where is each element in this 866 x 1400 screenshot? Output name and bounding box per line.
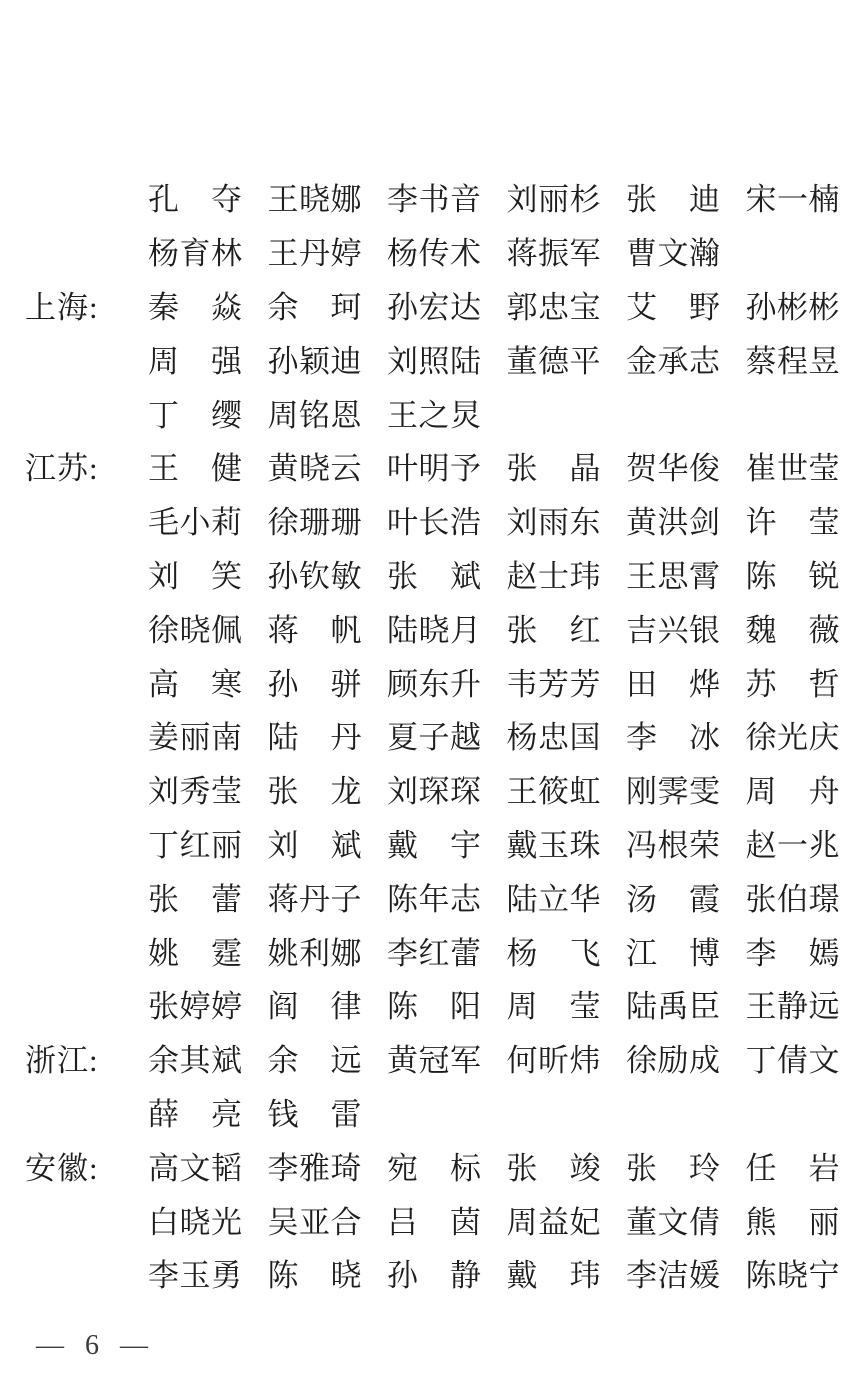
person-name: 戴宇 bbox=[387, 820, 481, 865]
person-name: 刘雨东 bbox=[507, 497, 601, 542]
person-name: 姚霆 bbox=[148, 928, 242, 973]
roster-row: 刘笑孙钦敏张斌赵士玮王思霄陈锐 bbox=[0, 547, 866, 601]
person-name: 孙骈 bbox=[268, 659, 362, 704]
person-name: 丁红丽 bbox=[148, 820, 242, 865]
person-name: 张玲 bbox=[626, 1143, 720, 1188]
person-name: 李嫣 bbox=[746, 928, 840, 973]
person-name: 王静远 bbox=[746, 981, 840, 1026]
person-name: 任岩 bbox=[746, 1143, 840, 1188]
province-label: 浙江: bbox=[0, 1035, 148, 1080]
person-name: 夏子越 bbox=[387, 712, 481, 757]
person-name: 秦焱 bbox=[148, 282, 242, 327]
province-label: 上海: bbox=[0, 282, 148, 327]
page-number: — 6 — bbox=[36, 1330, 155, 1362]
person-name: 赵士玮 bbox=[507, 551, 601, 596]
person-name: 孙钦敏 bbox=[268, 551, 362, 596]
roster-row: 李玉勇陈晓孙静戴玮李洁媛陈晓宁 bbox=[0, 1246, 866, 1300]
person-name: 陈锐 bbox=[746, 551, 840, 596]
person-name: 艾野 bbox=[626, 282, 720, 327]
person-name: 李冰 bbox=[626, 712, 720, 757]
person-name: 钱雷 bbox=[268, 1089, 362, 1134]
roster-row: 毛小莉徐珊珊叶长浩刘雨东黄洪剑许莹 bbox=[0, 493, 866, 547]
roster-row: 白晓光吴亚合吕茵周益妃董文倩熊丽 bbox=[0, 1192, 866, 1246]
person-name: 周莹 bbox=[507, 981, 601, 1026]
person-name: 黄晓云 bbox=[268, 443, 362, 488]
person-name: 吉兴银 bbox=[626, 605, 720, 650]
person-name: 姜丽南 bbox=[148, 712, 242, 757]
person-name: 崔世莹 bbox=[746, 443, 840, 488]
person-name: 高寒 bbox=[148, 659, 242, 704]
roster-row: 江苏:王健黄晓云叶明予张晶贺华俊崔世莹 bbox=[0, 439, 866, 493]
province-label: 江苏: bbox=[0, 443, 148, 488]
person-name: 董文倩 bbox=[626, 1197, 720, 1242]
person-name: 刘照陆 bbox=[387, 336, 481, 381]
roster-row: 刘秀莹张龙刘琛琛王筱虹刚霁雯周舟 bbox=[0, 762, 866, 816]
person-name: 汤霞 bbox=[626, 874, 720, 919]
person-name: 蒋帆 bbox=[268, 605, 362, 650]
roster-row: 姜丽南陆丹夏子越杨忠国李冰徐光庆 bbox=[0, 708, 866, 762]
person-name: 黄冠军 bbox=[387, 1035, 481, 1080]
person-name: 张红 bbox=[507, 605, 601, 650]
person-name: 陈晓 bbox=[268, 1250, 362, 1295]
person-name: 余远 bbox=[268, 1035, 362, 1080]
person-name: 刘笑 bbox=[148, 551, 242, 596]
person-name: 李红蕾 bbox=[387, 928, 481, 973]
person-name: 吴亚合 bbox=[268, 1197, 362, 1242]
person-name: 周舟 bbox=[746, 766, 840, 811]
person-name: 孙静 bbox=[387, 1250, 481, 1295]
person-name: 张晶 bbox=[507, 443, 601, 488]
person-name: 蔡程昱 bbox=[746, 336, 840, 381]
person-name: 顾东升 bbox=[387, 659, 481, 704]
person-name: 陈年志 bbox=[387, 874, 481, 919]
name-roster: 孔夺王晓娜李书音刘丽杉张迪宋一楠杨育林王丹婷杨传术蒋振军曹文瀚上海:秦焱余珂孙宏… bbox=[0, 170, 866, 1300]
roster-row: 丁缨周铭恩王之炅 bbox=[0, 385, 866, 439]
person-name: 张蕾 bbox=[148, 874, 242, 919]
person-name: 白晓光 bbox=[148, 1197, 242, 1242]
person-name: 王思霄 bbox=[626, 551, 720, 596]
person-name: 魏薇 bbox=[746, 605, 840, 650]
person-name: 陈阳 bbox=[387, 981, 481, 1026]
person-name: 宋一楠 bbox=[746, 174, 840, 219]
person-name: 刘斌 bbox=[268, 820, 362, 865]
person-name: 丁倩文 bbox=[746, 1035, 840, 1080]
person-name: 张龙 bbox=[268, 766, 362, 811]
roster-row: 周强孙颖迪刘照陆董德平金承志蔡程昱 bbox=[0, 331, 866, 385]
person-name: 陆晓月 bbox=[387, 605, 481, 650]
person-name: 蒋丹子 bbox=[268, 874, 362, 919]
person-name: 阎律 bbox=[268, 981, 362, 1026]
person-name: 张伯璟 bbox=[746, 874, 840, 919]
person-name: 姚利娜 bbox=[268, 928, 362, 973]
person-name: 李雅琦 bbox=[268, 1143, 362, 1188]
person-name: 张婷婷 bbox=[148, 981, 242, 1026]
person-name: 王健 bbox=[148, 443, 242, 488]
person-name: 孙颖迪 bbox=[268, 336, 362, 381]
roster-row: 张蕾蒋丹子陈年志陆立华汤霞张伯璟 bbox=[0, 869, 866, 923]
person-name: 丁缨 bbox=[148, 390, 242, 435]
roster-row: 薛亮钱雷 bbox=[0, 1085, 866, 1139]
person-name: 徐珊珊 bbox=[268, 497, 362, 542]
person-name: 孙宏达 bbox=[387, 282, 481, 327]
person-name: 董德平 bbox=[507, 336, 601, 381]
roster-row: 安徽:高文韬李雅琦宛标张竣张玲任岩 bbox=[0, 1138, 866, 1192]
person-name: 赵一兆 bbox=[746, 820, 840, 865]
person-name: 刚霁雯 bbox=[626, 766, 720, 811]
person-name: 田烨 bbox=[626, 659, 720, 704]
person-name: 冯根荣 bbox=[626, 820, 720, 865]
person-name: 陆禹臣 bbox=[626, 981, 720, 1026]
person-name: 高文韬 bbox=[148, 1143, 242, 1188]
roster-row: 上海:秦焱余珂孙宏达郭忠宝艾野孙彬彬 bbox=[0, 278, 866, 332]
person-name: 杨飞 bbox=[507, 928, 601, 973]
document-page: 孔夺王晓娜李书音刘丽杉张迪宋一楠杨育林王丹婷杨传术蒋振军曹文瀚上海:秦焱余珂孙宏… bbox=[0, 0, 866, 1400]
roster-row: 丁红丽刘斌戴宇戴玉珠冯根荣赵一兆 bbox=[0, 816, 866, 870]
person-name: 张斌 bbox=[387, 551, 481, 596]
person-name: 王筱虹 bbox=[507, 766, 601, 811]
person-name: 王之炅 bbox=[387, 390, 481, 435]
person-name: 苏哲 bbox=[746, 659, 840, 704]
person-name: 孙彬彬 bbox=[746, 282, 840, 327]
person-name: 徐励成 bbox=[626, 1035, 720, 1080]
roster-row: 徐晓佩蒋帆陆晓月张红吉兴银魏薇 bbox=[0, 600, 866, 654]
roster-row: 浙江:余其斌余远黄冠军何昕炜徐励成丁倩文 bbox=[0, 1031, 866, 1085]
province-label: 安徽: bbox=[0, 1143, 148, 1188]
roster-row: 高寒孙骈顾东升韦芳芳田烨苏哲 bbox=[0, 654, 866, 708]
person-name: 黄洪剑 bbox=[626, 497, 720, 542]
roster-row: 孔夺王晓娜李书音刘丽杉张迪宋一楠 bbox=[0, 170, 866, 224]
roster-row: 杨育林王丹婷杨传术蒋振军曹文瀚 bbox=[0, 224, 866, 278]
person-name: 杨忠国 bbox=[507, 712, 601, 757]
person-name: 郭忠宝 bbox=[507, 282, 601, 327]
person-name: 张迪 bbox=[626, 174, 720, 219]
person-name: 张竣 bbox=[507, 1143, 601, 1188]
person-name: 韦芳芳 bbox=[507, 659, 601, 704]
roster-row: 姚霆姚利娜李红蕾杨飞江博李嫣 bbox=[0, 923, 866, 977]
person-name: 毛小莉 bbox=[148, 497, 242, 542]
person-name: 陈晓宁 bbox=[746, 1250, 840, 1295]
person-name: 许莹 bbox=[746, 497, 840, 542]
roster-row: 张婷婷阎律陈阳周莹陆禹臣王静远 bbox=[0, 977, 866, 1031]
person-name: 贺华俊 bbox=[626, 443, 720, 488]
person-name: 陆立华 bbox=[507, 874, 601, 919]
person-name: 李玉勇 bbox=[148, 1250, 242, 1295]
person-name: 叶长浩 bbox=[387, 497, 481, 542]
person-name: 李书音 bbox=[387, 174, 481, 219]
person-name: 熊丽 bbox=[746, 1197, 840, 1242]
person-name: 周强 bbox=[148, 336, 242, 381]
person-name: 余珂 bbox=[268, 282, 362, 327]
person-name: 江博 bbox=[626, 928, 720, 973]
person-name: 叶明予 bbox=[387, 443, 481, 488]
person-name: 周铭恩 bbox=[268, 390, 362, 435]
person-name: 李洁媛 bbox=[626, 1250, 720, 1295]
person-name: 周益妃 bbox=[507, 1197, 601, 1242]
person-name: 薛亮 bbox=[148, 1089, 242, 1134]
person-name: 王丹婷 bbox=[268, 228, 362, 273]
person-name: 刘琛琛 bbox=[387, 766, 481, 811]
person-name: 陆丹 bbox=[268, 712, 362, 757]
person-name: 刘丽杉 bbox=[507, 174, 601, 219]
person-name: 戴玮 bbox=[507, 1250, 601, 1295]
person-name: 杨传术 bbox=[387, 228, 481, 273]
person-name: 蒋振军 bbox=[507, 228, 601, 273]
person-name: 曹文瀚 bbox=[626, 228, 720, 273]
person-name: 孔夺 bbox=[148, 174, 242, 219]
person-name: 金承志 bbox=[626, 336, 720, 381]
person-name: 宛标 bbox=[387, 1143, 481, 1188]
person-name: 徐光庆 bbox=[746, 712, 840, 757]
person-name: 徐晓佩 bbox=[148, 605, 242, 650]
person-name: 刘秀莹 bbox=[148, 766, 242, 811]
person-name: 杨育林 bbox=[148, 228, 242, 273]
person-name: 王晓娜 bbox=[268, 174, 362, 219]
person-name: 吕茵 bbox=[387, 1197, 481, 1242]
person-name: 戴玉珠 bbox=[507, 820, 601, 865]
person-name: 余其斌 bbox=[148, 1035, 242, 1080]
person-name: 何昕炜 bbox=[507, 1035, 601, 1080]
